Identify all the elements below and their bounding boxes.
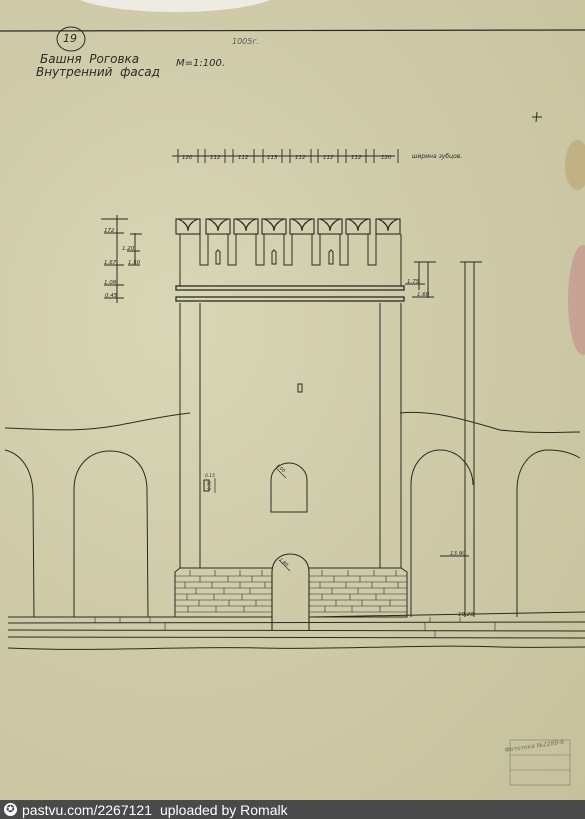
merlon-dim-1: 120 xyxy=(182,155,193,161)
attribution-bar: ✪ pastvu.com/2267121 uploaded by Romalk xyxy=(0,800,585,819)
pencil-note: 1005г. xyxy=(232,37,259,46)
merlon-dim-5: 112 xyxy=(295,155,306,161)
merlon-dim-8: 120 xyxy=(381,155,392,161)
left-dim-4: 1.50 xyxy=(128,260,141,266)
merlon-dim-4: 113 xyxy=(267,155,278,161)
uploader-credit: uploaded by Romalk xyxy=(160,802,288,818)
drawing-title-line2: Внутренний фасад xyxy=(36,65,160,79)
left-dim-3: 1.67 xyxy=(104,260,117,266)
left-dim-2: 1.20 xyxy=(122,246,135,252)
left-dim-1: 172 xyxy=(104,228,115,234)
camera-icon: ✪ xyxy=(4,803,17,816)
sheet-number: 19 xyxy=(63,32,77,45)
merlon-dims-label: ширина зубцов. xyxy=(412,153,462,160)
slot-dim-2: 0.76 xyxy=(207,481,212,490)
drawing-sheet: 120 112 112 113 112 112 112 120 ширина з… xyxy=(0,0,585,800)
merlon-dim-7: 112 xyxy=(351,155,362,161)
merlon-dim-2: 112 xyxy=(210,155,221,161)
right-dim-1: 1.75 xyxy=(407,279,420,285)
right-dim-2: 1.60 xyxy=(417,292,430,298)
left-dim-5: 1.08 xyxy=(104,280,117,286)
merlon-dim-3: 112 xyxy=(238,155,249,161)
tower-elevation-drawing: 120 112 112 113 112 112 112 120 ширина з… xyxy=(0,0,585,800)
scale-label: М=1:100. xyxy=(176,58,225,69)
window-label: 1.00 xyxy=(275,463,287,474)
gate-label: 1.80 xyxy=(278,557,290,568)
height-label: 13.90 xyxy=(450,551,466,557)
slot-dim-1: 0.15 xyxy=(205,473,215,479)
merlon-dim-6: 112 xyxy=(323,155,334,161)
ground-label: 19.20 xyxy=(458,612,474,618)
left-dim-6: 0.45 xyxy=(105,293,118,299)
archive-stamp: Фототека №2289-6 xyxy=(504,739,564,754)
drawing-title-line1: Башня Роговка xyxy=(40,52,139,66)
source-url[interactable]: pastvu.com/2267121 xyxy=(22,802,152,818)
